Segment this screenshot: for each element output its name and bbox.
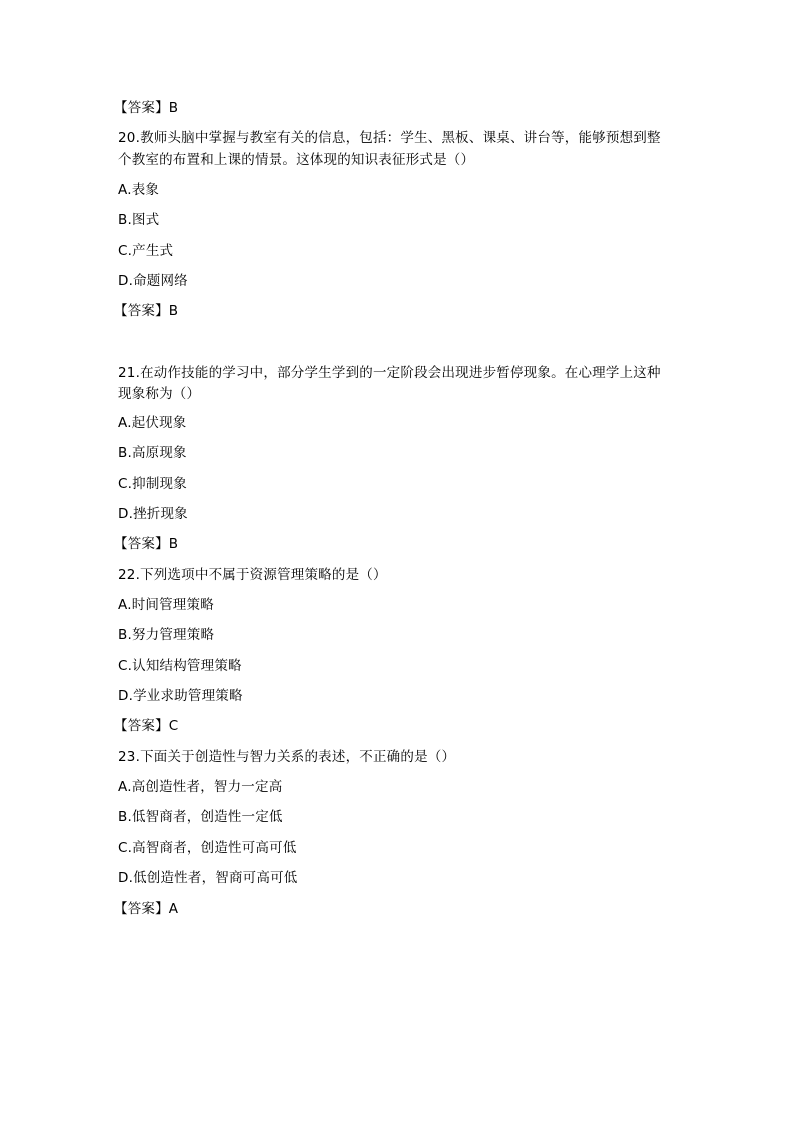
question-23-option-a: A.高创造性者，智力一定高 [118, 779, 282, 795]
question-20-text-line1: 20.教师头脑中掌握与教室有关的信息，包括：学生、黑板、课桌、讲台等，能够预想到… [118, 130, 661, 146]
question-23-option-b: B.低智商者，创造性一定低 [118, 809, 283, 825]
question-22-answer: 【答案】C [114, 718, 178, 734]
question-22-text: 22.下列选项中不属于资源管理策略的是（） [118, 567, 387, 583]
question-20-option-a: A.表象 [118, 182, 159, 198]
question-21-answer: 【答案】B [114, 536, 178, 552]
question-23-option-c: C.高智商者，创造性可高可低 [118, 840, 297, 856]
question-23-answer: 【答案】A [114, 901, 178, 917]
question-21-text-line2: 现象称为（） [118, 386, 200, 402]
question-23-option-d: D.低创造性者，智商可高可低 [118, 870, 298, 886]
question-21-option-a: A.起伏现象 [118, 415, 187, 431]
question-20-option-b: B.图式 [118, 212, 159, 228]
answer-prev: 【答案】B [114, 100, 178, 116]
question-21-option-b: B.高原现象 [118, 445, 187, 461]
question-23-text: 23.下面关于创造性与智力关系的表述，不正确的是（） [118, 749, 455, 765]
question-20-option-d: D.命题网络 [118, 273, 188, 289]
question-21-option-d: D.挫折现象 [118, 506, 188, 522]
question-20-answer: 【答案】B [114, 303, 178, 319]
question-20-option-c: C.产生式 [118, 243, 173, 259]
question-22-option-c: C.认知结构管理策略 [118, 658, 242, 674]
question-22-option-d: D.学业求助管理策略 [118, 688, 243, 704]
question-22-option-a: A.时间管理策略 [118, 597, 214, 613]
question-21-option-c: C.抑制现象 [118, 476, 187, 492]
question-22-option-b: B.努力管理策略 [118, 627, 214, 643]
question-20-text-line2: 个教室的布置和上课的情景。这体现的知识表征形式是（） [118, 152, 474, 168]
question-21-text-line1: 21.在动作技能的学习中，部分学生学到的一定阶段会出现进步暂停现象。在心理学上这… [118, 365, 661, 381]
